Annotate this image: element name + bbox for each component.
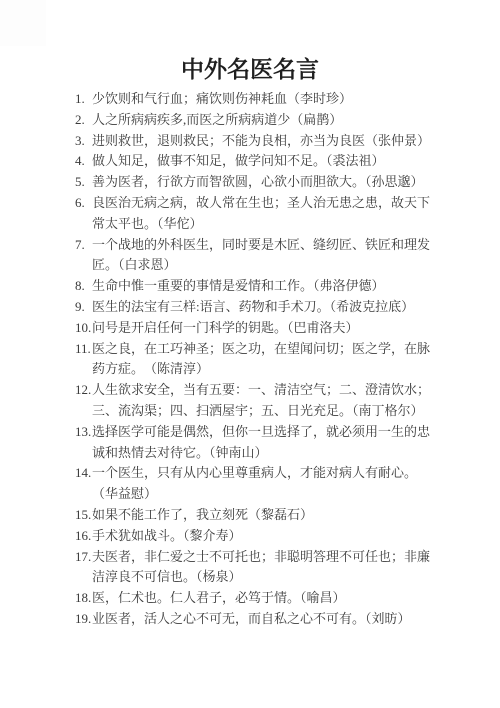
quote-item: 16. 手术犹如战斗。（黎介寿）: [75, 526, 460, 547]
quote-text: 问号是开启任何一门科学的钥匙。（巴甫洛夫）: [92, 318, 432, 339]
quote-item: 6. 良医治无病之病，故人常在生也；圣人治无患之患，故天下常太平也。（华佗）: [75, 193, 460, 235]
quote-number: 16.: [75, 526, 92, 547]
quote-number: 5.: [75, 172, 92, 193]
quote-text: 进则救世，退则救民；不能为良相，亦当为良医（张仲景）: [92, 131, 432, 152]
quote-number: 18.: [75, 588, 92, 609]
quote-item: 4. 做人知足，做事不知足，做学问知不足。（裘法祖）: [75, 151, 460, 172]
quote-number: 7.: [75, 235, 92, 256]
quote-item: 11. 医之良，在工巧神圣；医之功，在望闻问切；医之学，在脉药方症。 （陈清淳）: [75, 339, 460, 381]
quote-text: 夫医者，非仁爱之士不可托也；非聪明答理不可任也；非廉洁淳良不可信也。（杨泉）: [92, 547, 432, 589]
quote-item: 14. 一个医生，只有从内心里尊重病人，才能对病人有耐心。（华益慰）: [75, 463, 460, 505]
quote-text: 医生的法宝有三样:语言、药物和手术刀。（希波克拉底）: [92, 297, 432, 318]
quote-item: 5. 善为医者，行欲方而智欲圆，心欲小而胆欲大。（孙思邈）: [75, 172, 460, 193]
quote-item: 10. 问号是开启任何一门科学的钥匙。（巴甫洛夫）: [75, 318, 460, 339]
quote-text: 选择医学可能是偶然，但你一旦选择了，就必须用一生的忠诚和热情去对待它。（钟南山）: [92, 422, 432, 464]
quote-list: 1. 少饮则和气行血；痛饮则伤神耗血（李时珍） 2. 人之所病病疾多,而医之所病…: [0, 89, 500, 630]
quote-text: 手术犹如战斗。（黎介寿）: [92, 526, 432, 547]
quote-item: 2. 人之所病病疾多,而医之所病病道少（扁鹊）: [75, 110, 460, 131]
quote-item: 19. 业医者，活人之心不可无，而自私之心不可有。（刘昉）: [75, 609, 460, 630]
quote-number: 10.: [75, 318, 92, 339]
quote-number: 4.: [75, 151, 92, 172]
quote-text: 良医治无病之病，故人常在生也；圣人治无患之患，故天下常太平也。（华佗）: [92, 193, 432, 235]
quote-item: 9. 医生的法宝有三样:语言、药物和手术刀。（希波克拉底）: [75, 297, 460, 318]
quote-text: 医之良，在工巧神圣；医之功，在望闻问切；医之学，在脉药方症。 （陈清淳）: [92, 339, 432, 381]
corner-artifact: [0, 0, 46, 46]
quote-item: 12. 人生欲求安全，当有五要：一、清洁空气；二、澄清饮水；三、流沟渠；四、扫洒…: [75, 380, 460, 422]
quote-number: 13.: [75, 422, 92, 443]
quote-text: 做人知足，做事不知足，做学问知不足。（裘法祖）: [92, 151, 432, 172]
quote-text: 一个战地的外科医生，同时要是木匠、缝纫匠、铁匠和理发匠。（白求恩）: [92, 235, 432, 277]
quote-text: 医，仁术也。仁人君子，必笃于情。（喻昌）: [92, 588, 432, 609]
quote-text: 少饮则和气行血；痛饮则伤神耗血（李时珍）: [92, 89, 432, 110]
quote-number: 2.: [75, 110, 92, 131]
quote-item: 7. 一个战地的外科医生，同时要是木匠、缝纫匠、铁匠和理发匠。（白求恩）: [75, 235, 460, 277]
quote-number: 9.: [75, 297, 92, 318]
quote-text: 业医者，活人之心不可无，而自私之心不可有。（刘昉）: [92, 609, 432, 630]
quote-number: 12.: [75, 380, 92, 401]
page-title: 中外名医名言: [0, 55, 500, 85]
quote-number: 17.: [75, 547, 92, 568]
quote-item: 8. 生命中惟一重要的事情是爱情和工作。（弗洛伊德）: [75, 276, 460, 297]
quote-text: 人之所病病疾多,而医之所病病道少（扁鹊）: [92, 110, 432, 131]
quote-number: 3.: [75, 131, 92, 152]
document-page: 中外名医名言 1. 少饮则和气行血；痛饮则伤神耗血（李时珍） 2. 人之所病病疾…: [0, 0, 500, 708]
quote-number: 8.: [75, 276, 92, 297]
quote-item: 18. 医，仁术也。仁人君子，必笃于情。（喻昌）: [75, 588, 460, 609]
quote-number: 14.: [75, 463, 92, 484]
quote-text: 如果不能工作了，我立刻死（黎磊石）: [92, 505, 432, 526]
quote-text: 善为医者，行欲方而智欲圆，心欲小而胆欲大。（孙思邈）: [92, 172, 432, 193]
quote-number: 19.: [75, 609, 92, 630]
quote-item: 15. 如果不能工作了，我立刻死（黎磊石）: [75, 505, 460, 526]
quote-text: 人生欲求安全，当有五要：一、清洁空气；二、澄清饮水；三、流沟渠；四、扫洒屋宇；五…: [92, 380, 432, 422]
quote-item: 17. 夫医者，非仁爱之士不可托也；非聪明答理不可任也；非廉洁淳良不可信也。（杨…: [75, 547, 460, 589]
quote-number: 1.: [75, 89, 92, 110]
quote-item: 3. 进则救世，退则救民；不能为良相，亦当为良医（张仲景）: [75, 131, 460, 152]
quote-item: 1. 少饮则和气行血；痛饮则伤神耗血（李时珍）: [75, 89, 460, 110]
quote-number: 11.: [75, 339, 92, 360]
quote-number: 6.: [75, 193, 92, 214]
quote-text: 一个医生，只有从内心里尊重病人，才能对病人有耐心。（华益慰）: [92, 463, 432, 505]
quote-item: 13. 选择医学可能是偶然，但你一旦选择了，就必须用一生的忠诚和热情去对待它。（…: [75, 422, 460, 464]
quote-number: 15.: [75, 505, 92, 526]
quote-text: 生命中惟一重要的事情是爱情和工作。（弗洛伊德）: [92, 276, 432, 297]
